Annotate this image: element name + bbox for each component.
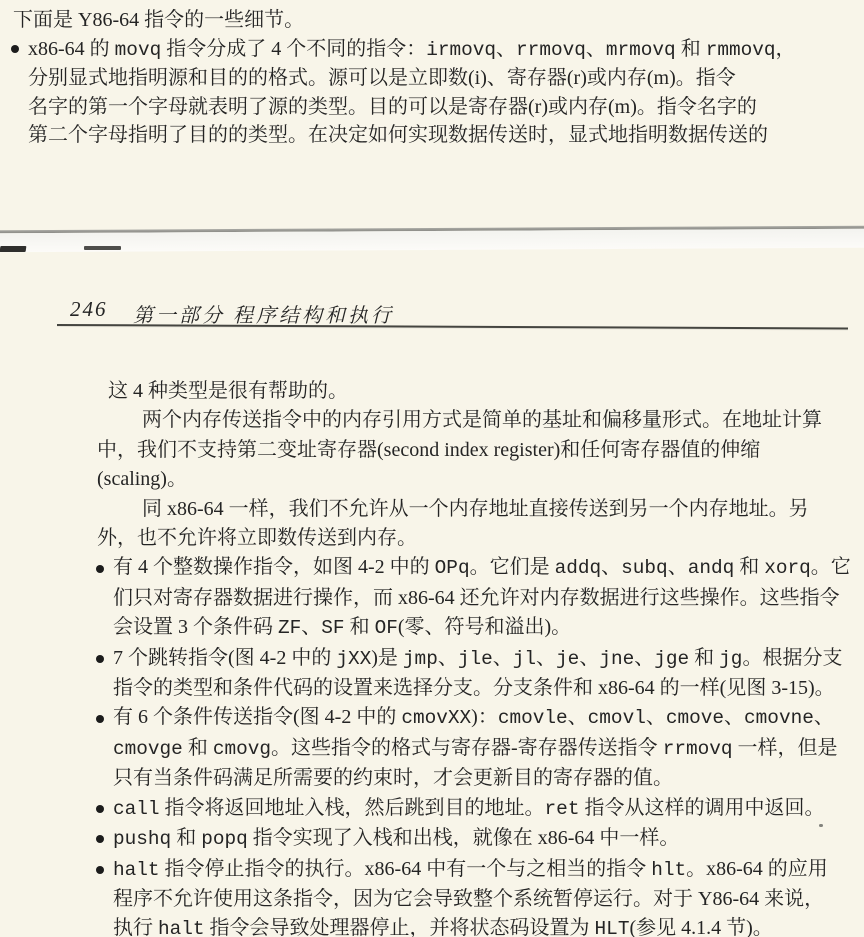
- scan-artifact-mark: [84, 246, 121, 250]
- text-line: 只有当条件码满足所需要的约束时，才会更新目的寄存器的值。: [113, 764, 864, 793]
- code-text: irmovq: [426, 39, 496, 61]
- code-text: addq: [555, 557, 602, 579]
- code-text: cmovl: [588, 707, 646, 729]
- body-text: 、: [579, 647, 599, 669]
- chapter-title: 程序结构和执行: [233, 299, 394, 328]
- code-text: subq: [621, 557, 668, 579]
- code-text: popq: [201, 828, 248, 850]
- body-text: 、: [646, 706, 666, 728]
- body-text: 、: [601, 556, 621, 578]
- body-text: ，: [776, 38, 796, 60]
- text-line: x86-64 的 movq 指令分成了 4 个不同的指令：irmovq、rrmo…: [28, 35, 864, 65]
- text-line: 程序不允许使用这条指令，因为它会导致整个系统暂停运行。对于 Y86-64 来说，: [113, 885, 864, 914]
- body-text: 和: [183, 737, 213, 759]
- text-line: 有 4 个整数操作指令，如图 4-2 中的 OPq。它们是 addq、subq、…: [113, 553, 864, 583]
- page-body-text: 这 4 种类型是很有帮助的。两个内存传送指令中的内存引用方式是简单的基址和偏移量…: [0, 377, 864, 937]
- body-text: 和: [734, 556, 764, 578]
- body-text: 指令分成了 4 个不同的指令：: [161, 38, 426, 60]
- code-text: rmmovq: [706, 39, 776, 61]
- code-text: jne: [599, 648, 634, 670]
- paragraph: 两个内存传送指令中的内存引用方式是简单的基址和偏移量形式。在地址计算中，我们不支…: [0, 406, 864, 494]
- body-text: 同 x86-64 一样，我们不允许从一个内存地址直接传送到另一个内存地址。另: [142, 498, 809, 520]
- body-text: 外，也不允许将立即数传送到内存。: [97, 527, 417, 549]
- code-text: je: [556, 648, 579, 670]
- body-text: 一样，但是: [733, 737, 838, 759]
- body-text: (参见 4.1.4 节)。: [629, 917, 772, 937]
- code-text: mrmovq: [606, 39, 676, 61]
- code-text: SF: [321, 617, 344, 639]
- body-text: 们只对寄存器数据进行操作，而 x86-64 还允许对内存数据进行这些操作。这些指…: [113, 587, 840, 609]
- code-text: jge: [654, 648, 689, 670]
- body-text: 、: [301, 616, 321, 638]
- body-text: 和: [689, 647, 719, 669]
- text-line: halt 指令停止指令的执行。x86-64 中有一个与之相当的指令 hlt。x8…: [113, 855, 864, 885]
- paragraph: 这 4 种类型是很有帮助的。: [0, 377, 864, 406]
- body-text: (零、符号和溢出)。: [398, 616, 571, 638]
- body-text: x86-64 的: [28, 38, 115, 60]
- page-separator: [0, 226, 864, 253]
- body-text: 下面是 Y86-64 指令的一些细节。: [13, 9, 304, 31]
- text-line: 有 6 个条件传送指令(图 4-2 中的 cmovXX)：cmovle、cmov…: [113, 703, 864, 733]
- body-text: 指令从这样的调用中返回。: [579, 797, 824, 819]
- bullet-icon: [96, 715, 104, 723]
- bullet-icon: [96, 805, 104, 813]
- code-text: jle: [458, 648, 493, 670]
- body-text: 、: [536, 647, 556, 669]
- text-line: 这 4 种类型是很有帮助的。: [108, 377, 864, 406]
- body-text: 只有当条件码满足所需要的约束时，才会更新目的寄存器的值。: [113, 767, 673, 789]
- code-text: pushq: [113, 828, 171, 850]
- bullet-item: pushq 和 popq 指令实现了入栈和出栈，就像在 x86-64 中一样。: [0, 824, 864, 854]
- code-text: cmovg: [213, 738, 271, 760]
- body-text: 、: [568, 706, 588, 728]
- page-number: 246: [70, 297, 108, 322]
- text-line: 名字的第一个字母就表明了源的类型。目的可以是寄存器(r)或内存(m)。指令名字的: [28, 93, 864, 122]
- bullet-icon: [96, 866, 104, 874]
- body-text: 指令会导致处理器停止，并将状态码设置为: [205, 917, 595, 937]
- body-text: 。x86-64 的应用: [686, 858, 828, 880]
- paragraph: 下面是 Y86-64 指令的一些细节。: [0, 6, 864, 35]
- text-line: cmovge 和 cmovg。这些指令的格式与寄存器-寄存器传送指令 rrmov…: [113, 734, 864, 764]
- body-text: 、: [493, 647, 513, 669]
- bullet-item: 7 个跳转指令(图 4-2 中的 jXX)是 jmp、jle、jl、je、jne…: [0, 644, 864, 704]
- body-text: 7 个跳转指令(图 4-2 中的: [113, 647, 336, 669]
- scan-artifact-mark: [0, 246, 26, 252]
- text-line: 两个内存传送指令中的内存引用方式是简单的基址和偏移量形式。在地址计算: [142, 406, 864, 435]
- body-text: 、: [438, 647, 458, 669]
- code-text: jg: [719, 648, 742, 670]
- code-text: cmovXX: [401, 707, 471, 729]
- body-text: )：: [471, 706, 498, 728]
- body-text: 中，我们不支持第二变址寄存器(second index register)和任何…: [97, 439, 760, 461]
- code-text: OPq: [435, 557, 470, 579]
- body-text: 、: [814, 706, 834, 728]
- body-text: 、: [668, 556, 688, 578]
- previous-page-text: 下面是 Y86-64 指令的一些细节。x86-64 的 movq 指令分成了 4…: [0, 6, 864, 150]
- body-text: 程序不允许使用这条指令，因为它会导致整个系统暂停运行。对于 Y86-64 来说，: [113, 888, 824, 910]
- body-text: 第二个字母指明了目的的类型。在决定如何实现数据传送时，显式地指明数据传送的: [28, 124, 768, 146]
- bullet-icon: [11, 45, 19, 53]
- text-line: pushq 和 popq 指令实现了入栈和出栈，就像在 x86-64 中一样。: [113, 824, 864, 854]
- code-text: movq: [115, 39, 162, 61]
- code-text: halt: [158, 918, 205, 937]
- text-line: 执行 halt 指令会导致处理器停止，并将状态码设置为 HLT(参见 4.1.4…: [113, 914, 864, 937]
- body-text: 和: [171, 827, 201, 849]
- code-text: cmovne: [744, 707, 814, 729]
- scanned-book-page: 下面是 Y86-64 指令的一些细节。x86-64 的 movq 指令分成了 4…: [0, 0, 864, 937]
- text-line: (scaling)。: [97, 465, 864, 494]
- body-text: 、: [496, 38, 516, 60]
- code-text: cmovle: [498, 707, 568, 729]
- body-text: 分别显式地指明源和目的的格式。源可以是立即数(i)、寄存器(r)或内存(m)。指…: [28, 67, 736, 89]
- code-text: call: [113, 798, 160, 820]
- text-line: 指令的类型和条件代码的设置来选择分支。分支条件和 x86-64 的一样(见图 3…: [113, 674, 864, 703]
- text-line: call 指令将返回地址入栈，然后跳到目的地址。ret 指令从这样的调用中返回。: [113, 794, 864, 824]
- bullet-icon: [96, 655, 104, 663]
- text-line: 外，也不允许将立即数传送到内存。: [97, 524, 864, 553]
- code-text: cmove: [666, 707, 724, 729]
- bullet-item: 有 4 个整数操作指令，如图 4-2 中的 OPq。它们是 addq、subq、…: [0, 553, 864, 643]
- code-text: jmp: [403, 648, 438, 670]
- body-text: 两个内存传送指令中的内存引用方式是简单的基址和偏移量形式。在地址计算: [142, 409, 822, 431]
- text-line: 第二个字母指明了目的的类型。在决定如何实现数据传送时，显式地指明数据传送的: [28, 121, 864, 150]
- body-text: 、: [634, 647, 654, 669]
- text-line: 会设置 3 个条件码 ZF、SF 和 OF(零、符号和溢出)。: [113, 613, 864, 643]
- bullet-icon: [96, 565, 104, 573]
- body-text: )是: [371, 647, 403, 669]
- code-text: hlt: [651, 859, 686, 881]
- body-text: 和: [345, 616, 375, 638]
- text-line: 7 个跳转指令(图 4-2 中的 jXX)是 jmp、jle、jl、je、jne…: [113, 644, 864, 674]
- code-text: jXX: [336, 648, 371, 670]
- body-text: 。这些指令的格式与寄存器-寄存器传送指令: [271, 737, 663, 759]
- body-text: 、: [586, 38, 606, 60]
- code-text: ret: [545, 798, 580, 820]
- body-text: 。它们是: [470, 556, 555, 578]
- body-text: 指令将返回地址入栈，然后跳到目的地址。: [160, 797, 545, 819]
- body-text: 指令停止指令的执行。x86-64 中有一个与之相当的指令: [160, 858, 652, 880]
- code-text: rrmovq: [663, 738, 733, 760]
- code-text: cmovge: [113, 738, 183, 760]
- body-text: 。它: [811, 556, 851, 578]
- code-text: OF: [375, 617, 398, 639]
- bullet-item: 有 6 个条件传送指令(图 4-2 中的 cmovXX)：cmovle、cmov…: [0, 703, 864, 793]
- body-text: 名字的第一个字母就表明了源的类型。目的可以是寄存器(r)或内存(m)。指令名字的: [28, 96, 757, 118]
- text-line: 分别显式地指明源和目的的格式。源可以是立即数(i)、寄存器(r)或内存(m)。指…: [28, 64, 864, 93]
- paragraph: 同 x86-64 一样，我们不允许从一个内存地址直接传送到另一个内存地址。另外，…: [0, 495, 864, 554]
- ink-speck: [819, 824, 823, 827]
- body-text: 指令实现了入栈和出栈，就像在 x86-64 中一样。: [248, 827, 680, 849]
- code-text: xorq: [764, 557, 811, 579]
- code-text: HLT: [595, 918, 630, 937]
- body-text: 、: [724, 706, 744, 728]
- body-text: 指令的类型和条件代码的设置来选择分支。分支条件和 x86-64 的一样(见图 3…: [113, 677, 835, 699]
- code-text: ZF: [278, 617, 301, 639]
- body-text: 。根据分支: [742, 647, 842, 669]
- code-text: rrmovq: [516, 39, 586, 61]
- text-line: 同 x86-64 一样，我们不允许从一个内存地址直接传送到另一个内存地址。另: [142, 495, 864, 524]
- bullet-item: halt 指令停止指令的执行。x86-64 中有一个与之相当的指令 hlt。x8…: [0, 855, 864, 937]
- page-edge-band: [0, 229, 864, 253]
- text-line: 中，我们不支持第二变址寄存器(second index register)和任何…: [97, 436, 864, 465]
- body-text: 有 4 个整数操作指令，如图 4-2 中的: [113, 556, 435, 578]
- body-text: 会设置 3 个条件码: [113, 616, 278, 638]
- body-text: (scaling)。: [97, 468, 187, 490]
- bullet-item: x86-64 的 movq 指令分成了 4 个不同的指令：irmovq、rrmo…: [0, 35, 864, 150]
- body-text: 执行: [113, 917, 158, 937]
- bullet-item: call 指令将返回地址入栈，然后跳到目的地址。ret 指令从这样的调用中返回。: [0, 794, 864, 824]
- body-text: 有 6 个条件传送指令(图 4-2 中的: [113, 706, 401, 728]
- body-text: 和: [676, 38, 706, 60]
- code-text: andq: [688, 557, 735, 579]
- text-line: 们只对寄存器数据进行操作，而 x86-64 还允许对内存数据进行这些操作。这些指…: [113, 584, 864, 613]
- body-text: 这 4 种类型是很有帮助的。: [108, 380, 348, 402]
- bullet-icon: [96, 835, 104, 843]
- text-line: 下面是 Y86-64 指令的一些细节。: [13, 6, 864, 35]
- code-text: halt: [113, 859, 160, 881]
- code-text: jl: [513, 648, 536, 670]
